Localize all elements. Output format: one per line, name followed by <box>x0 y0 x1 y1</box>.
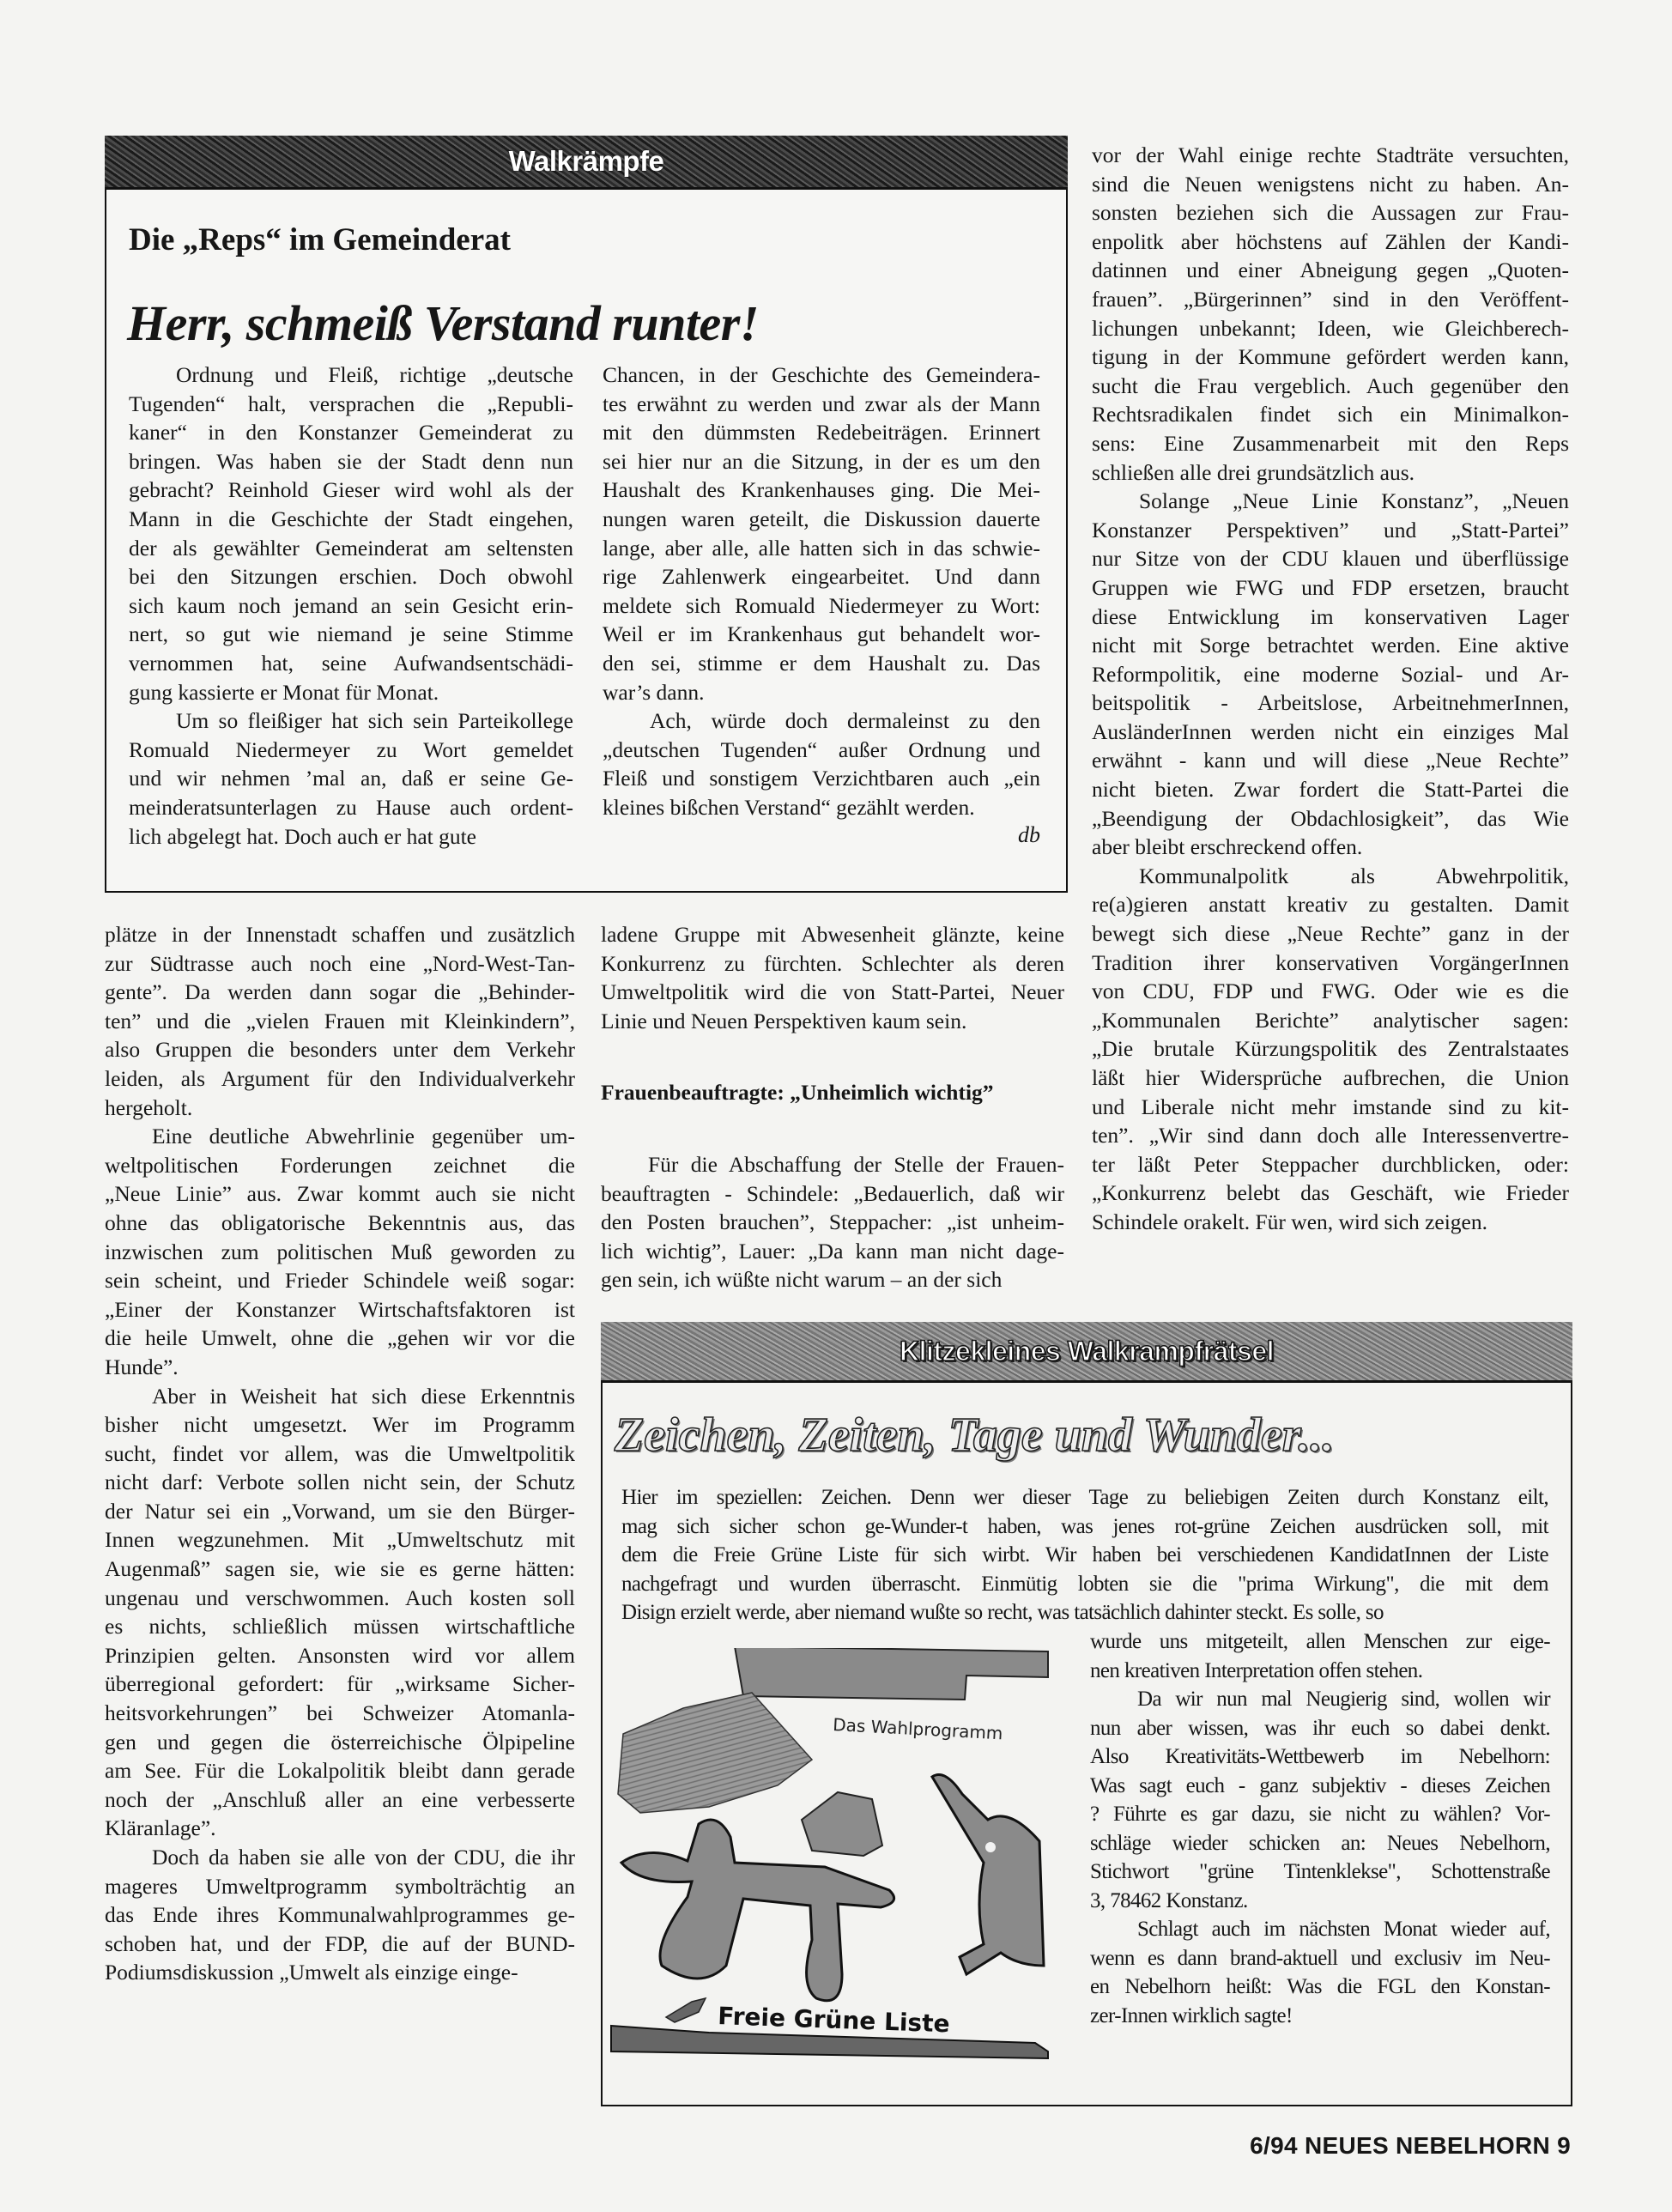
text-line: hergeholt. <box>105 1094 575 1123</box>
text-line: der als gewählter Gemeinderat am seltens… <box>129 534 573 563</box>
text-line: bisher nicht umgesetzt. Wer im Programm <box>105 1410 575 1439</box>
figure-caption-bottom: Freie Grüne Liste <box>718 2002 950 2038</box>
text-line: vor der Wahl einige rechte Stadträte ver… <box>1092 141 1569 170</box>
text-line: sens: Eine Zusammenarbeit mit den Reps <box>1092 429 1569 458</box>
text-line: vernommen hat, seine Aufwandsentschädi- <box>129 649 573 678</box>
text-line: beitspolitik - Arbeitslose, Arbeitnehmer… <box>1092 688 1569 718</box>
text-line: noch der „Anschluß aller an eine verbess… <box>105 1785 575 1815</box>
article-column-middle-2: Für die Abschaffung der Stelle der Fraue… <box>601 1150 1064 1294</box>
text-line: lange, aber alle, alle hatten sich in da… <box>603 534 1040 563</box>
text-line: Also Kreativitäts-Wettbewerb im Nebelhor… <box>1090 1742 1550 1772</box>
text-line: Konkurrenz zu fürchten. Schlechter als d… <box>601 949 1064 979</box>
text-line: nicht mit Sorge betrachtet werden. Eine … <box>1092 631 1569 660</box>
text-line: lich wichtig”, Lauer: „Da kann man nicht… <box>601 1237 1064 1266</box>
text-line: tes erwähnt zu werden und zwar als der M… <box>603 390 1040 419</box>
article-column-1: Ordnung und Fleiß, richtige „deutscheTug… <box>129 361 573 851</box>
text-line: Linie und Neuen Perspektiven kaum sein. <box>601 1007 1064 1036</box>
text-line: Hier im speziellen: Zeichen. Denn wer di… <box>621 1483 1548 1512</box>
text-line: Chancen, in der Geschichte des Gemeinder… <box>603 361 1040 390</box>
text-line: Da wir nun mal Neugierig sind, wollen wi… <box>1090 1685 1550 1714</box>
text-line: schließen alle drei grundsätzlich aus. <box>1092 458 1569 488</box>
text-line: Prinzipien gelten. Ansonsten wird vor al… <box>105 1641 575 1670</box>
text-line: nungen waren geteilt, die Diskussion dau… <box>603 505 1040 534</box>
text-line: plätze in der Innenstadt schaffen und zu… <box>105 920 575 949</box>
section-subheading: Frauenbeauftragte: „Unheimlich wichtig” <box>601 1078 1064 1107</box>
puzzle-intro: Hier im speziellen: Zeichen. Denn wer di… <box>621 1483 1548 1627</box>
text-line: ten”. „Wir sind dann doch alle Interesse… <box>1092 1121 1569 1150</box>
text-line: läßt hier Widersprüche aufbrechen, die U… <box>1092 1064 1569 1093</box>
text-line: inzwischen zum politischen Muß geworden … <box>105 1238 575 1267</box>
section-banner-title: Walkrämpfe <box>509 145 664 178</box>
puzzle-side-text: wurde uns mitgeteilt, allen Menschen zur… <box>1090 1627 1550 2030</box>
text-line: Disign erzielt werde, aber niemand wußte… <box>621 1598 1548 1627</box>
text-line: sind die Neuen wenigstens nicht zu haben… <box>1092 170 1569 199</box>
text-line: Weil er im Krankenhaus gut behandelt wor… <box>603 620 1040 649</box>
text-line: gung kassierte er Monat für Monat. <box>129 678 573 707</box>
text-line: schläge wieder schicken an: Neues Nebelh… <box>1090 1829 1550 1858</box>
text-line: beauftragten - Schindele: „Bedauerlich, … <box>601 1179 1064 1209</box>
text-line: gen sein, ich wüßte nicht warum – an der… <box>601 1265 1064 1294</box>
puzzle-box: Klitzekleines Walkrampfrätsel Zeichen, Z… <box>601 1322 1572 2106</box>
text-line: Solange „Neue Linie Konstanz”, „Neuen <box>1092 487 1569 516</box>
text-line: frauen”. „Bürgerinnen” sind in den Veröf… <box>1092 285 1569 314</box>
text-line: und wir nehmen ’mal an, daß er seine Ge- <box>129 764 573 793</box>
text-line: gen und gegen die österreichische Ölpipe… <box>105 1728 575 1757</box>
text-line: Romuald Niedermeyer zu Wort gemeldet <box>129 736 573 765</box>
article-column-2: Chancen, in der Geschichte des Gemeinder… <box>603 361 1040 822</box>
text-line: nur Sitze von der CDU klauen und überflü… <box>1092 544 1569 573</box>
text-line: von CDU, FDP und FWG. Oder wie es die <box>1092 977 1569 1006</box>
text-line: Für die Abschaffung der Stelle der Fraue… <box>601 1150 1064 1179</box>
text-line: meldete sich Romuald Niedermeyer zu Wort… <box>603 591 1040 621</box>
text-line: Gruppen wie FWG und FDP ersetzen, brauch… <box>1092 573 1569 603</box>
text-line: Tugenden“ halt, versprachen die „Republi… <box>129 390 573 419</box>
text-line: Kommunalpolitk als Abwehrpolitik, <box>1092 862 1569 891</box>
text-line: nicht darf: Verbote sollen nicht sein, d… <box>105 1468 575 1497</box>
text-line: rige Zahlenwerk eingearbeitet. Und dann <box>603 562 1040 591</box>
text-line: ter läßt Peter Steppacher durchblicken, … <box>1092 1150 1569 1179</box>
text-line: ladene Gruppe mit Abwesenheit glänzte, k… <box>601 920 1064 949</box>
text-line: leiden, als Argument für den Individualv… <box>105 1064 575 1094</box>
text-line: heitsvorkehrungen” bei Schweizer Atomanl… <box>105 1699 575 1728</box>
text-line: das Ende ihres Kommunalwahlprogrammes ge… <box>105 1900 575 1930</box>
article-kicker: Die „Reps“ im Gemeinderat <box>129 221 511 258</box>
text-line: den Posten brauchen”, Steppacher: „ist u… <box>601 1208 1064 1237</box>
text-line: Fleiß und sonstigem Verzichtbaren auch „… <box>603 764 1040 793</box>
text-line: Ach, würde doch dermaleinst zu den <box>603 706 1040 736</box>
text-line: nun aber wissen, was ihr euch so dabei d… <box>1090 1714 1550 1743</box>
text-line: re(a)gieren anstatt kreativ zu gestalten… <box>1092 890 1569 919</box>
text-line: gebracht? Reinhold Gieser wird wohl als … <box>129 476 573 505</box>
text-line: mageres Umweltprogramm symbolträchtig an <box>105 1872 575 1901</box>
text-line: am See. Für die Lokalpolitik bleibt dann… <box>105 1756 575 1785</box>
text-line: enpolitk aber höchstens auf Zählen der K… <box>1092 227 1569 257</box>
article-column-left: plätze in der Innenstadt schaffen und zu… <box>105 920 575 1987</box>
text-line: mit den dümmsten Redebeiträgen. Erinnert <box>603 418 1040 447</box>
text-line: AusländerInnen werden nicht ein einziges… <box>1092 718 1569 747</box>
text-line: ungenau und verschwommen. Auch kosten so… <box>105 1584 575 1613</box>
text-line: und Liberale nicht mehr imstande sind zu… <box>1092 1093 1569 1122</box>
text-line: „Neue Linie” aus. Zwar kommt auch sie ni… <box>105 1179 575 1209</box>
text-line: „Kommunalen Berichte” analytischer sagen… <box>1092 1006 1569 1035</box>
text-line: Konstanzer Perspektiven” und „Statt-Part… <box>1092 516 1569 545</box>
text-line: lich abgelegt hat. Doch auch er hat gute <box>129 822 573 851</box>
page-footer: 6/94 NEUES NEBELHORN 9 <box>1250 2132 1571 2160</box>
text-line: Tradition ihrer konservativen VorgängerI… <box>1092 948 1569 978</box>
text-line: meinderatsunterlagen zu Hause auch orden… <box>129 793 573 822</box>
text-line: bei den Sitzungen erschien. Doch obwohl <box>129 562 573 591</box>
text-line: bringen. Was haben sie der Stadt denn nu… <box>129 447 573 476</box>
text-line: sein scheint, und Frieder Schindele weiß… <box>105 1266 575 1295</box>
text-line: der Natur sei ein „Vorwand, um sie den B… <box>105 1497 575 1526</box>
text-line: Podiumsdiskussion „Umwelt als einzige ei… <box>105 1958 575 1987</box>
figure-caption-top: Das Wahlprogramm <box>833 1714 1003 1743</box>
text-line: kleines bißchen Verstand“ gezählt werden… <box>603 793 1040 822</box>
article-column-middle: ladene Gruppe mit Abwesenheit glänzte, k… <box>601 920 1064 1035</box>
section-banner: Klitzekleines Walkrampfrätsel <box>601 1322 1572 1383</box>
text-line: Kläranlage”. <box>105 1814 575 1843</box>
text-line: es nichts, schließlich müssen wirtschaft… <box>105 1612 575 1641</box>
text-line: kaner“ in den Konstanzer Gemeinderat zu <box>129 418 573 447</box>
author-signature: db <box>603 822 1040 848</box>
text-line: sucht, findet vor allem, was die Umweltp… <box>105 1439 575 1469</box>
text-line: wurde uns mitgeteilt, allen Menschen zur… <box>1090 1627 1550 1657</box>
text-line: 3, 78462 Konstanz. <box>1090 1887 1550 1916</box>
text-line: Hunde”. <box>105 1353 575 1382</box>
text-line: bewegt sich diese „Neue Rechte” ganz in … <box>1092 919 1569 948</box>
text-line: sich kaum noch jemand an sein Gesicht er… <box>129 591 573 621</box>
text-line: war’s dann. <box>603 678 1040 707</box>
section-banner-title: Klitzekleines Walkrampfrätsel <box>900 1336 1274 1367</box>
text-line: en Nebelhorn heißt: Was die FGL den Kons… <box>1090 1973 1550 2002</box>
text-line: weltpolitischen Forderungen zeichnet die <box>105 1151 575 1180</box>
text-line: „Beendigung der Obdachlosigkeit”, das Wi… <box>1092 804 1569 833</box>
text-line: „Die brutale Kürzungspolitik des Zentral… <box>1092 1034 1569 1064</box>
text-line: erwähnt - kann und will diese „Neue Rech… <box>1092 746 1569 775</box>
text-line: dem die Freie Grüne Liste für sich wirbt… <box>621 1541 1548 1570</box>
article-box-walkraempfe: Walkrämpfe Die „Reps“ im Gemeinderat Her… <box>105 136 1068 893</box>
ink-blot-logo-icon: Das Wahlprogramm Freie Grüne Liste <box>606 1648 1083 2077</box>
text-line: mag sich sicher schon ge-Wunder-t haben,… <box>621 1512 1548 1542</box>
text-line: nicht bieten. Zwar fordert die Statt-Par… <box>1092 775 1569 804</box>
text-line: Was sagt euch - ganz subjektiv - dieses … <box>1090 1772 1550 1801</box>
text-line: aber bleibt erschreckend offen. <box>1092 833 1569 862</box>
text-line: „Konkurrenz belebt das Geschäft, wie Fri… <box>1092 1179 1569 1208</box>
text-line: nen kreativen Interpretation offen stehe… <box>1090 1657 1550 1686</box>
text-line: wenn es dann brand-aktuell und exclusiv … <box>1090 1944 1550 1973</box>
text-line: die heile Umwelt, ohne die „gehen wir vo… <box>105 1324 575 1353</box>
text-line: Stichwort "grüne Tintenklekse", Schotten… <box>1090 1857 1550 1887</box>
text-line: Um so fleißiger hat sich sein Parteikoll… <box>129 706 573 736</box>
text-line: „Einer der Konstanzer Wirtschaftsfaktore… <box>105 1295 575 1324</box>
puzzle-headline: Zeichen, Zeiten, Tage und Wunder... <box>615 1408 1335 1463</box>
text-line: gente”. Da werden dann sogar die „Behind… <box>105 978 575 1007</box>
text-line: zur Südtrasse auch noch eine „Nord-West-… <box>105 949 575 979</box>
section-banner: Walkrämpfe <box>105 136 1068 190</box>
text-line: Eine deutliche Abwehrlinie gegenüber um- <box>105 1122 575 1151</box>
text-line: Schlagt auch im nächsten Monat wieder au… <box>1090 1915 1550 1944</box>
text-line: datinnen und einer Abneigung gegen „Quot… <box>1092 256 1569 285</box>
text-line: Schindele orakelt. Für wen, wird sich ze… <box>1092 1208 1569 1237</box>
text-line: sonsten beziehen sich die Aussagen zur F… <box>1092 198 1569 227</box>
text-line: Innen wegzunehmen. Mit „Umweltschutz mit <box>105 1525 575 1554</box>
text-line: „deutschen Tugenden“ außer Ordnung und <box>603 736 1040 765</box>
text-line: Rechtsradikalen findet sich ein Minimalk… <box>1092 400 1569 429</box>
text-line: diese Entwicklung im konservativen Lager <box>1092 603 1569 632</box>
text-line: also Gruppen die besonders unter dem Ver… <box>105 1035 575 1064</box>
text-line: ? Führte es gar dazu, sie nicht zu wähle… <box>1090 1800 1550 1829</box>
text-line: lichungen unbekannt; Ideen, wie Gleichbe… <box>1092 314 1569 343</box>
text-line: nert, so gut wie niemand je seine Stimme <box>129 620 573 649</box>
text-line: ten” und die „vielen Frauen mit Kleinkin… <box>105 1007 575 1036</box>
article-column-right: vor der Wahl einige rechte Stadträte ver… <box>1092 141 1569 1237</box>
text-line: sei hier nur an die Sitzung, in der es u… <box>603 447 1040 476</box>
fgl-logo-figure: Das Wahlprogramm Freie Grüne Liste <box>606 1648 1083 2077</box>
text-line: schoben hat, und der FDP, die auf der BU… <box>105 1930 575 1959</box>
text-line: Reformpolitik, eine moderne Sozial- und … <box>1092 660 1569 689</box>
text-line: Umweltpolitik wird die von Statt-Partei,… <box>601 978 1064 1007</box>
text-line: den sei, stimme er dem Haushalt zu. Das <box>603 649 1040 678</box>
article-headline: Herr, schmeiß Verstand runter! <box>127 294 759 352</box>
text-line: ohne das obligatorische Bekenntnis aus, … <box>105 1209 575 1238</box>
text-line: Aber in Weisheit hat sich diese Erkenntn… <box>105 1382 575 1411</box>
text-line: zer-Innen wirklich sagte! <box>1090 2002 1550 2031</box>
text-line: tigung in der Kommune gefördert werden k… <box>1092 342 1569 372</box>
text-line: sucht die Frau vergeblich. Auch gegenübe… <box>1092 372 1569 401</box>
text-line: überregional gefordert: für „wirksame Si… <box>105 1670 575 1699</box>
text-line: nachgefragt und wurden überrascht. Einmü… <box>621 1570 1548 1599</box>
text-line: Doch da haben sie alle von der CDU, die … <box>105 1843 575 1872</box>
text-line: Mann in die Geschichte der Stadt eingehe… <box>129 505 573 534</box>
text-line: Ordnung und Fleiß, richtige „deutsche <box>129 361 573 390</box>
text-line: Haushalt des Krankenhauses ging. Die Mei… <box>603 476 1040 505</box>
text-line: Augenmaß” sagen sie, wie sie es gerne hä… <box>105 1554 575 1584</box>
